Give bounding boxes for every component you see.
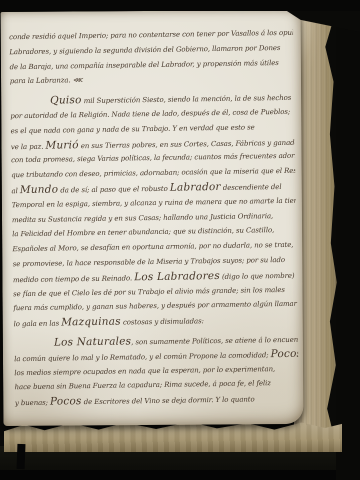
manuscript-text-segment: que tributando con deseo, primicias, ado… [11, 167, 295, 180]
manuscript-text-segment: mil Superstición Siesto, siendo la menci… [82, 94, 292, 105]
manuscript-text-segment: (digo lo que nombre) [220, 272, 295, 281]
manuscript-line: y buenas; Pocos de Escritores del Vino s… [15, 391, 299, 410]
manuscript-text-segment: Españoles al Moro, se desafían en oportu… [12, 241, 293, 253]
manuscript-text-segment: costosas y disimuladas: [121, 317, 204, 326]
manuscript-text-segment: en sus Tierras pobres, en sus Cortes, Ca… [79, 138, 295, 150]
manuscript-text-segment: , son sumamente Políticos, se atiene á l… [131, 335, 298, 346]
manuscript-emphasized-word: Mazquinas [61, 316, 121, 329]
manuscript-page: conde residió aquel Imperio; para no con… [1, 10, 304, 426]
manuscript-emphasized-word: Pocos [271, 347, 299, 359]
manuscript-text-segment: Labradores, y siguiendo la segunda divis… [9, 44, 280, 56]
manuscript-text-segment: se fían de que el Cielo les dé por su Tr… [13, 285, 285, 297]
manuscript-text-segment: la común quiere lo mal y lo Rematado, y … [14, 351, 271, 363]
manuscript-emphasized-word: Pocos [50, 395, 82, 407]
manuscript-text-segment: ve la paz. [11, 142, 46, 151]
manuscript-emphasized-word: Los Labradores [134, 270, 220, 283]
photo-bottom-band [0, 470, 360, 480]
manuscript-text-segment: medita su Sustancia regida y en sus Casa… [12, 212, 273, 224]
manuscript-text-segment: la Felicidad del Hombre en tener abundan… [12, 226, 274, 238]
manuscript-text-segment: da de sí; al paso que el robusto [58, 185, 170, 195]
manuscript-text-segment: de la Baraja, una compañía inseparable d… [10, 59, 279, 71]
manuscript-text-segment: los medios siempre ocupados en nada que … [14, 365, 275, 377]
manuscript-text-segment: Temporal en la espiga, siembra, y alcanz… [12, 196, 296, 209]
manuscript-text-segment: para la Labranza. ⋘ [10, 76, 83, 85]
manuscript-text-segment: y buenas; [15, 399, 50, 408]
manuscript-emphasized-word: Labrador [170, 181, 221, 194]
manuscript-text-segment: es el que nada con gana y nada de su Tra… [11, 123, 255, 135]
photo-top-band [0, 0, 360, 11]
manuscript-line: lo gala en las Mazquinas costosas y disi… [13, 312, 297, 331]
manuscript-text-segment: por autoridad de la Religión. Nada tiene… [10, 108, 290, 120]
manuscript-text-segment: con toda promesa, siega Varias políticas… [11, 152, 295, 165]
page-curl-highlight [298, 16, 332, 106]
manuscript-text-segment: conde residió aquel Imperio; para no con… [9, 28, 293, 41]
manuscript-text-segment: medido con tiempo de su Reinado. [13, 274, 134, 284]
manuscript-text-segment: se promoviese, la hace responsable de la… [13, 256, 285, 268]
manuscript-emphasized-word: Murió [45, 139, 78, 152]
manuscript-emphasized-word: Los Naturales [54, 335, 131, 348]
manuscript-text: conde residió aquel Imperio; para no con… [9, 26, 299, 419]
clip-shadow [17, 444, 26, 469]
manuscript-emphasized-word: Quiso [50, 94, 82, 106]
manuscript-text-segment: de Escritores del Vino se deja dormir. Y… [82, 396, 255, 407]
photo-right-band [336, 0, 360, 480]
manuscript-text-segment: hace buena sin Buena Fuerza la capadura;… [15, 379, 271, 391]
manuscript-line: para la Labranza. ⋘ [10, 70, 294, 89]
manuscript-text-segment: lo gala en las [14, 320, 62, 329]
manuscript-text-segment: descendiente del [221, 183, 282, 192]
manuscript-text-segment: fuera más cumplido, y ganan sus haberes,… [13, 300, 297, 312]
manuscript-emphasized-word: Mundo [20, 183, 59, 196]
photo-frame: conde residió aquel Imperio; para no con… [0, 0, 360, 480]
